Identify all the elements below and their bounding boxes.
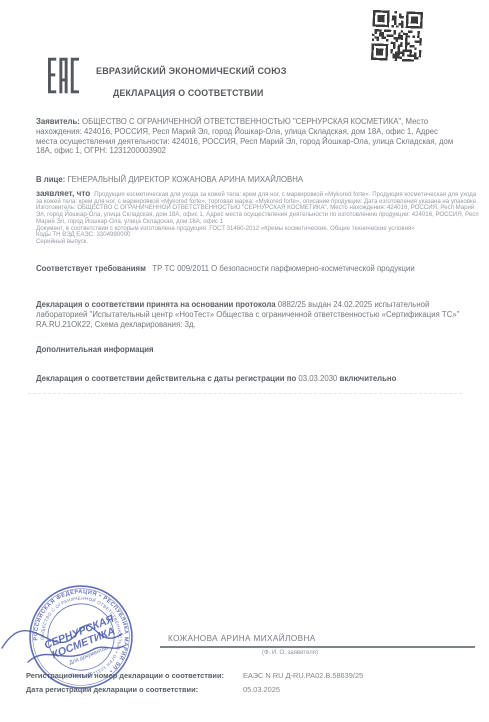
signatory-block: КОЖАНОВА АРИНА МИХАЙЛОВНА (Ф. И. О. заяв… [160,634,475,656]
manufacturer-paragraph: Изготовитель: ОБЩЕСТВО С ОГРАНИЧЕННОЙ ОТ… [36,205,479,225]
validity-date: 03.03.2030 [298,374,337,383]
compliance-label: Соответствует требованиям [36,264,146,273]
signatory-name: КОЖАНОВА АРИНА МИХАЙЛОВНА [160,634,475,648]
declares-section: заявляет, чтоПродукция косметическая для… [36,191,479,246]
in-face-text: ГЕНЕРАЛЬНЫЙ ДИРЕКТОР КОЖАНОВА АРИНА МИХА… [67,175,303,184]
validity-suffix: включительно [340,374,397,383]
applicant-text: ОБЩЕСТВО С ОГРАНИЧЕННОЙ ОТВЕТСТВЕННОСТЬЮ… [36,117,453,155]
fold-line [28,393,462,394]
doc-title: ДЕКЛАРАЦИЯ О СООТВЕТСТВИИ [113,88,264,98]
qr-modules [371,10,423,62]
qr-code-icon [371,9,423,63]
handwritten-signature [0,596,168,688]
additional-info-label: Дополнительная информация [36,345,154,354]
signatory-caption: (Ф. И. О. заявителя) [160,650,420,656]
validity-label: Декларация о соответствии действительна … [36,374,296,383]
in-face-section: В лице: ГЕНЕРАЛЬНЫЙ ДИРЕКТОР КОЖАНОВА АР… [36,175,460,185]
applicant-label: Заявитель: [36,117,80,126]
registration-number-value: ЕАЭС N RU Д-RU.РА02.В.58639/25 [243,671,363,680]
applicant-section: Заявитель: ОБЩЕСТВО С ОГРАНИЧЕННОЙ ОТВЕТ… [36,117,460,156]
declares-label: заявляет, что [36,189,90,198]
serial-release: Серийный выпуск. [36,239,479,246]
compliance-text: ТР ТС 009/2011 О безопасности парфюмерно… [152,264,414,273]
eac-mark-icon [48,56,79,95]
registration-date-value: 05.03.2025 [243,685,280,694]
product-description: Продукция косметическая для ухода за кож… [36,191,478,205]
additional-info-section: Дополнительная информация [36,345,460,355]
basis-section: Декларация о соответствии принята на осн… [36,300,460,329]
in-face-label: В лице: [36,175,65,184]
basis-label: Декларация о соответствии принята на осн… [36,300,276,309]
validity-section: Декларация о соответствии действительна … [36,374,460,384]
tnved-codes: Коды ТН ВЭД ЕАЭС: 3304990000 [36,232,479,239]
compliance-section: Соответствует требованиям ТР ТС 009/2011… [36,264,436,274]
union-name: ЕВРАЗИЙСКИЙ ЭКОНОМИЧЕСКИЙ СОЮЗ [96,66,287,76]
